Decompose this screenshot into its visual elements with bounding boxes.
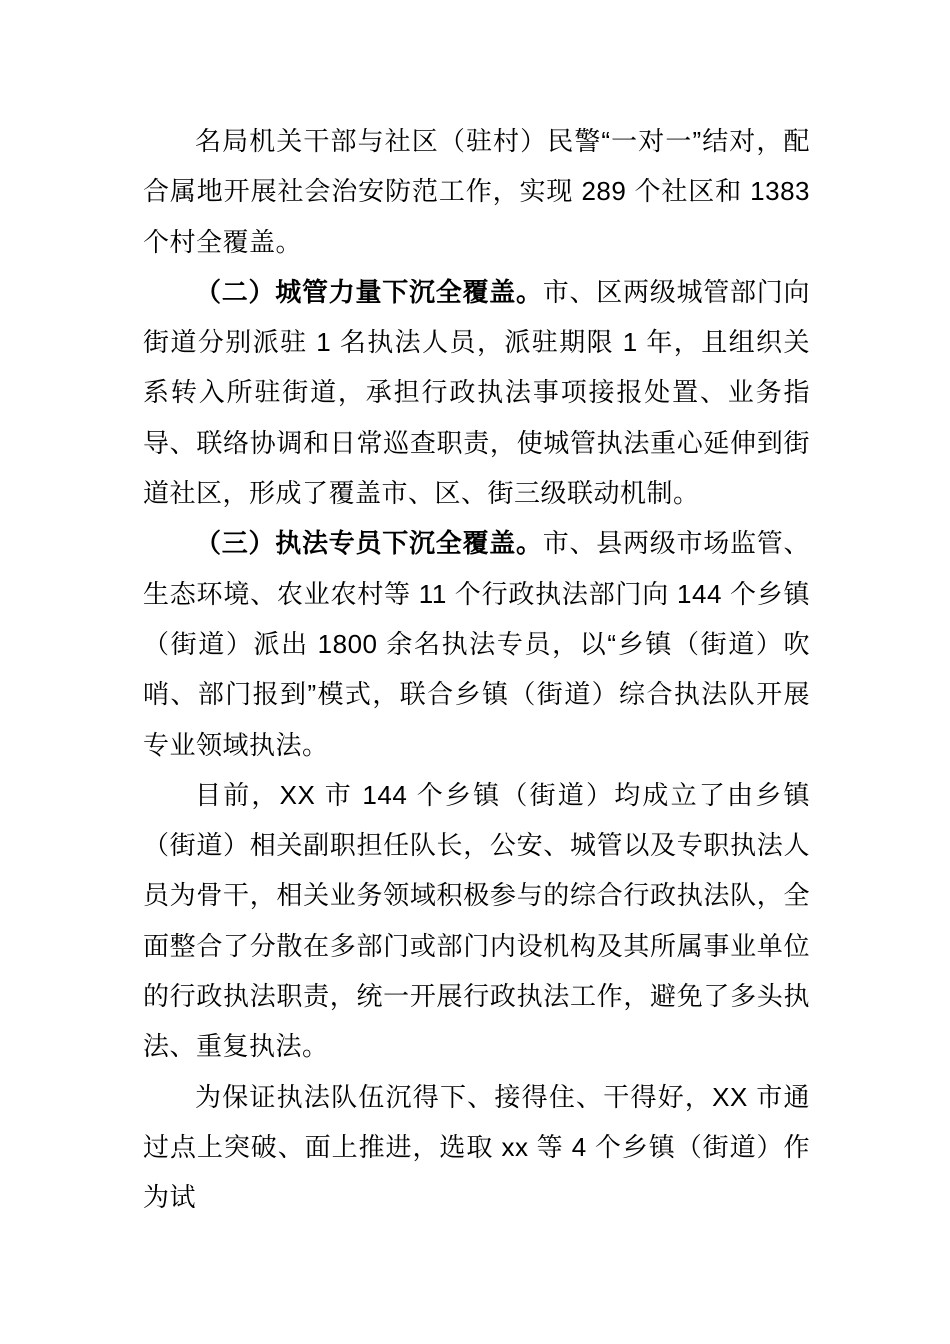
section-heading-run: （二）城管力量下沉全覆盖。 bbox=[195, 277, 543, 307]
text-run: 为保证执法队伍沉得下、接得住、干得好，XX 市通过点上突破、面上推进，选取 xx… bbox=[143, 1082, 810, 1213]
paragraph: 为保证执法队伍沉得下、接得住、干得好，XX 市通过点上突破、面上推进，选取 xx… bbox=[143, 1072, 810, 1223]
paragraph: （三）执法专员下沉全覆盖。市、县两级市场监管、生态环境、农业农村等 11 个行政… bbox=[143, 518, 810, 769]
paragraph: 目前，XX 市 144 个乡镇（街道）均成立了由乡镇（街道）相关副职担任队长，公… bbox=[143, 770, 810, 1072]
text-run: 市、区两级城管部门向街道分别派驻 1 名执法人员，派驻期限 1 年，且组织关系转… bbox=[143, 277, 810, 508]
text-run: 名局机关干部与社区（驻村）民警“一对一”结对，配合属地开展社会治安防范工作，实现… bbox=[143, 126, 810, 257]
text-run: 市、县两级市场监管、生态环境、农业农村等 11 个行政执法部门向 144 个乡镇… bbox=[143, 528, 810, 759]
paragraph: （二）城管力量下沉全覆盖。市、区两级城管部门向街道分别派驻 1 名执法人员，派驻… bbox=[143, 267, 810, 518]
paragraph: 名局机关干部与社区（驻村）民警“一对一”结对，配合属地开展社会治安防范工作，实现… bbox=[143, 116, 810, 267]
text-run: 目前，XX 市 144 个乡镇（街道）均成立了由乡镇（街道）相关副职担任队长，公… bbox=[143, 780, 810, 1061]
document-body: 名局机关干部与社区（驻村）民警“一对一”结对，配合属地开展社会治安防范工作，实现… bbox=[143, 116, 810, 1223]
document-page: 名局机关干部与社区（驻村）民警“一对一”结对，配合属地开展社会治安防范工作，实现… bbox=[0, 0, 950, 1344]
section-heading-run: （三）执法专员下沉全覆盖。 bbox=[195, 528, 543, 558]
